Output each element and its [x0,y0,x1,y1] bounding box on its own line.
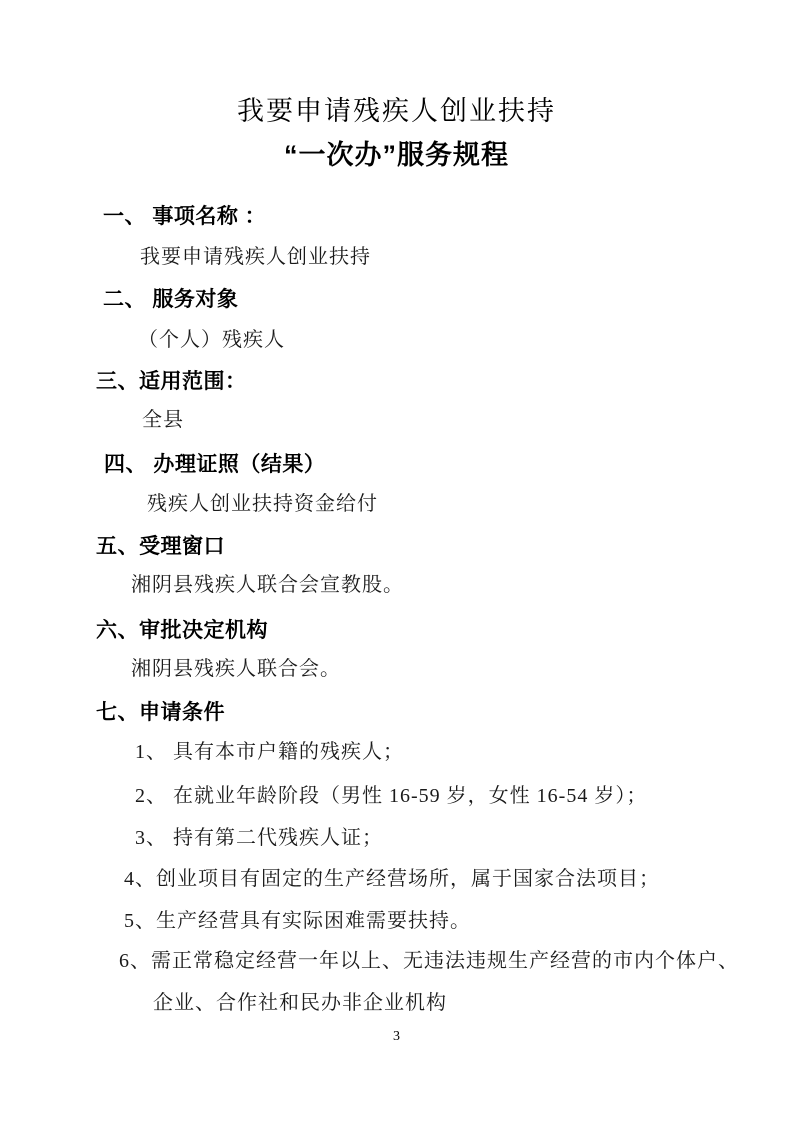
document-title-line1: 我要申请残疾人创业扶持 [0,98,793,125]
section-heading-application-conditions: 七、申请条件 [96,702,225,723]
section-body-service-target: （个人）残疾人 [138,330,285,350]
section-body-license-result: 残疾人创业扶持资金给付 [147,494,378,514]
condition-item-6-line2: 企业、合作社和民办非企业机构 [153,993,447,1013]
section-body-item-name: 我要申请残疾人创业扶持 [140,247,371,267]
section-heading-license-result: 四、 办理证照（结果） [104,454,325,475]
section-heading-approval-authority: 六、审批决定机构 [96,620,268,641]
condition-item-2: 2、 在就业年龄阶段（男性 16-59 岁，女性 16-54 岁）； [135,786,647,806]
condition-item-6-line1: 6、需正常稳定经营一年以上、无违法违规生产经营的市内个体户、 [119,951,739,971]
condition-item-4: 4、创业项目有固定的生产经营场所，属于国家合法项目； [124,869,660,889]
section-body-accepting-window: 湘阴县残疾人联合会宣教股。 [131,575,404,595]
section-heading-accepting-window: 五、受理窗口 [96,536,225,557]
condition-item-5: 5、生产经营具有实际困难需要扶持。 [124,911,471,931]
section-heading-applicable-scope: 三、适用范围： [96,371,247,392]
section-heading-item-name: 一、 事项名称 ： [103,206,266,227]
section-body-applicable-scope: 全县 [142,410,184,430]
condition-item-3: 3、 持有第二代残疾人证； [135,828,383,848]
section-body-approval-authority: 湘阴县残疾人联合会。 [131,659,341,679]
section-heading-service-target: 二、 服务对象 [103,289,238,310]
document-page: 我要申请残疾人创业扶持 “一次办”服务规程 一、 事项名称 ： 我要申请残疾人创… [0,0,793,1122]
page-number: 3 [0,1030,793,1044]
condition-item-1: 1、 具有本市户籍的残疾人； [135,742,404,762]
document-title-line2: “一次办”服务规程 [0,142,793,169]
